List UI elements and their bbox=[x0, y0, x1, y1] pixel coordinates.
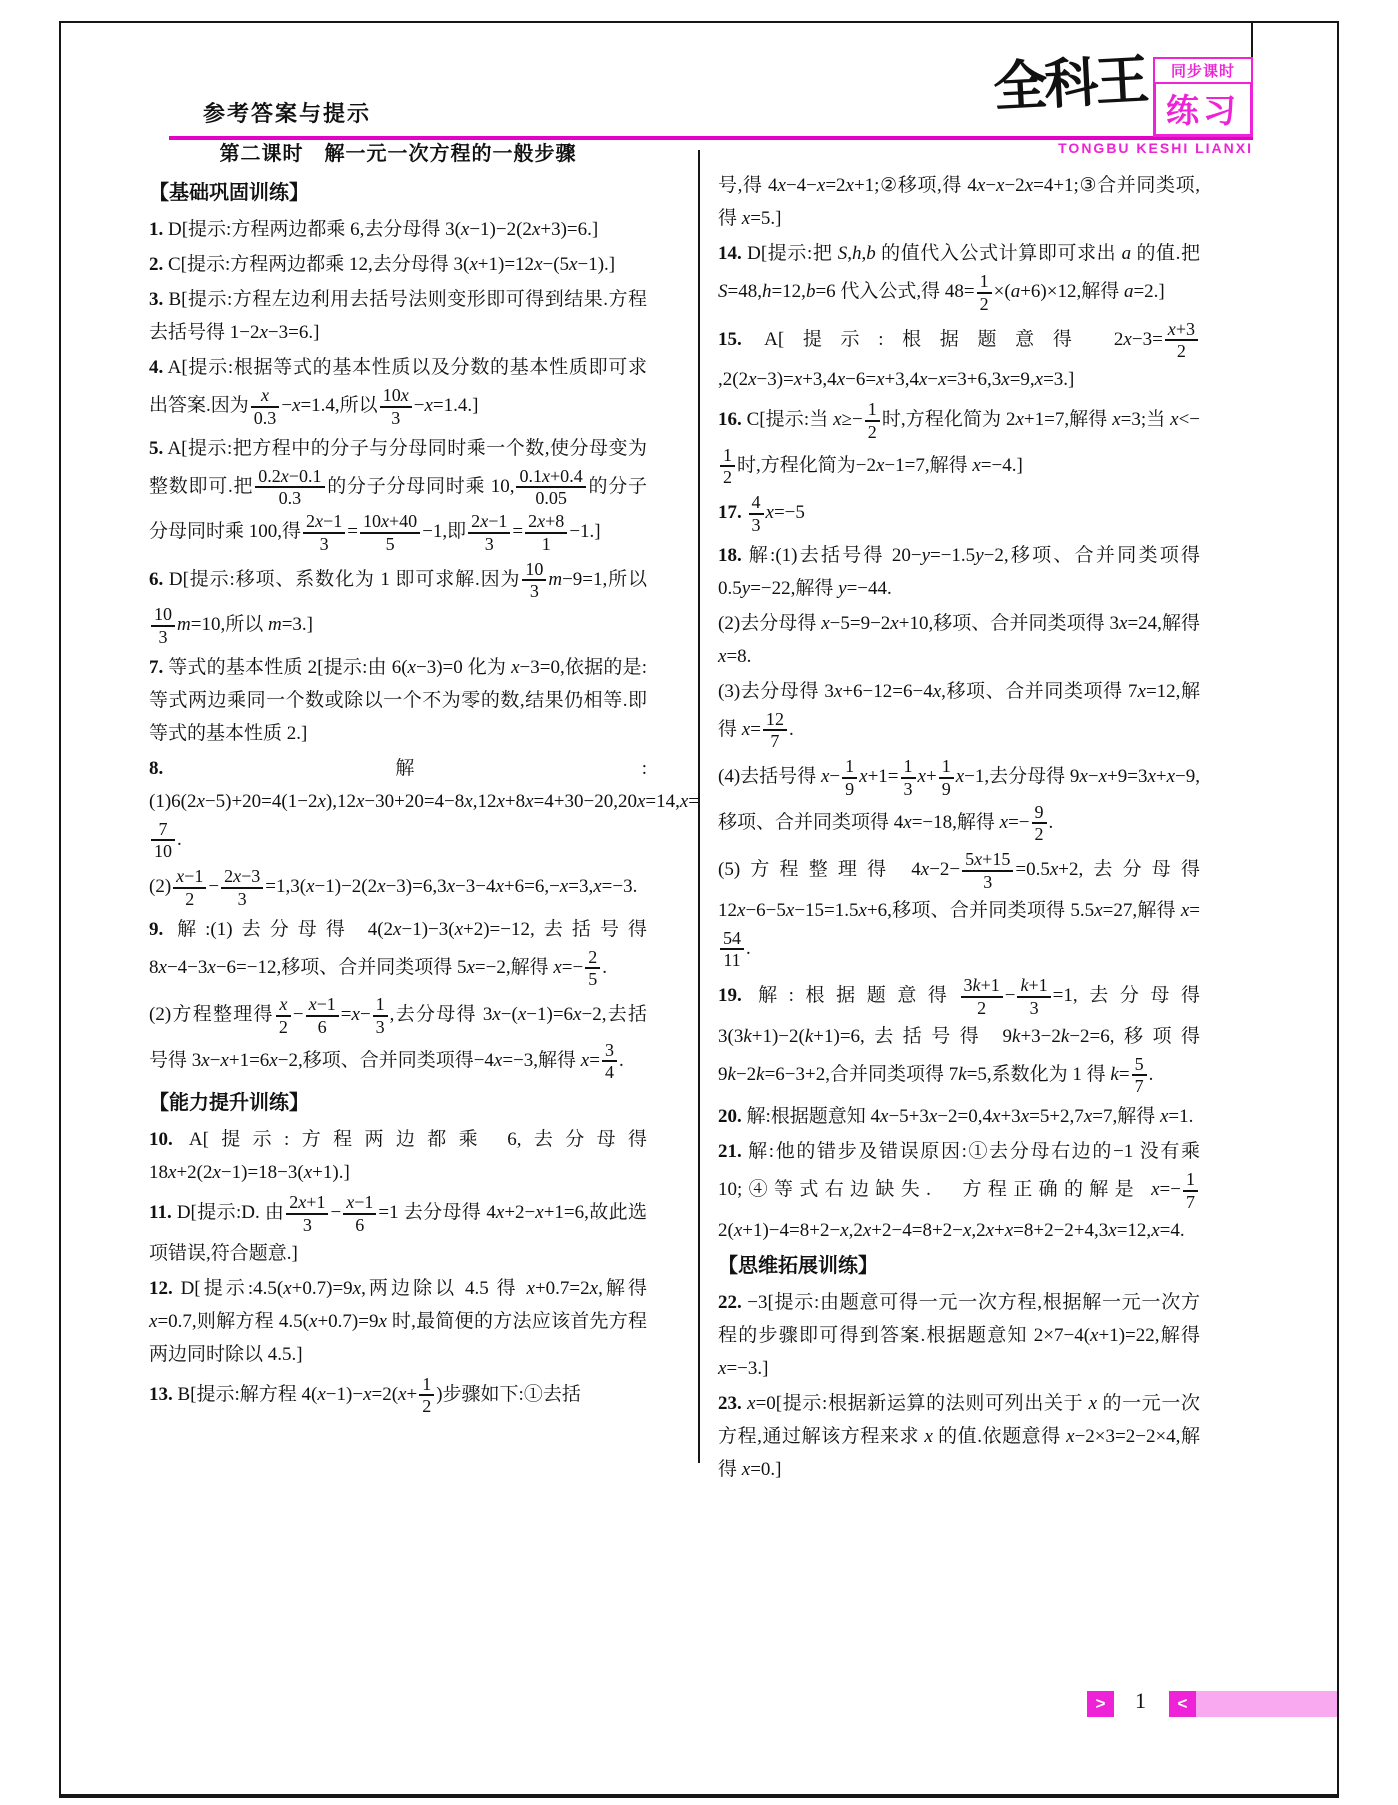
answer-item: (3)去分母得 3x+6−12=6−4x,移项、合并同类项得 7x=12,解得 … bbox=[718, 675, 1200, 754]
answer-item: (2)方程整理得x2−x−16=x−13,去分母得 3x−(x−1)=6x−2,… bbox=[149, 993, 647, 1084]
item-text: (2)方程整理得x2−x−16=x−13,去分母得 3x−(x−1)=6x−2,… bbox=[149, 1004, 647, 1071]
fraction: 25 bbox=[585, 947, 600, 991]
logo-subtitle: TONGBU KESHI LIANXI bbox=[937, 140, 1253, 156]
fraction: 2x+13 bbox=[286, 1192, 328, 1236]
item-number: 7. bbox=[149, 657, 163, 678]
item-number: 19. bbox=[718, 985, 742, 1006]
answer-item: 6. D[提示:移项、系数化为 1 即可求解.因为103m−9=1,所以103m… bbox=[149, 558, 647, 649]
answer-item: 5. A[提示:把方程中的分子与分母同时乘一个数,使分母变为整数即可.把0.2x… bbox=[149, 432, 647, 556]
item-text: x=0[提示:根据新运算的法则可列出关于 x 的一元一次方程,通过解该方程来求 … bbox=[718, 1393, 1200, 1480]
left-blocks: 【基础巩固训练】1. D[提示:方程两边都乘 6,去分母得 3(x−1)−2(2… bbox=[149, 177, 647, 1418]
item-text: D[提示:移项、系数化为 1 即可求解.因为103m−9=1,所以103m=10… bbox=[149, 569, 647, 636]
lesson-title: 第二课时 解一元一次方程的一般步骤 bbox=[149, 139, 647, 169]
item-number: 8. bbox=[149, 758, 163, 779]
fraction: 12 bbox=[419, 1374, 434, 1418]
footer-accent-bar bbox=[1196, 1691, 1337, 1717]
fraction: 12 bbox=[977, 271, 992, 315]
item-text: A[提示:根据等式的基本性质以及分数的基本性质即可求出答案.因为x0.3−x=1… bbox=[149, 357, 647, 416]
answer-item: 21. 解:他的错步及错误原因:①去分母右边的−1 没有乘 10;④等式右边缺失… bbox=[718, 1135, 1200, 1247]
item-number: 6. bbox=[149, 569, 163, 590]
item-number: 17. bbox=[718, 502, 742, 523]
item-text: (4)去括号得 x−19x+1=13x+19x−1,去分母得 9x−x+9=3x… bbox=[718, 766, 1200, 833]
item-number: 1. bbox=[149, 219, 163, 240]
fraction: x−16 bbox=[343, 1192, 376, 1236]
section-heading: 【思维拓展训练】 bbox=[718, 1250, 1200, 1283]
answer-item: 9. 解:(1)去分母得 4(2x−1)−3(x+2)=−12,去括号得 8x−… bbox=[149, 913, 647, 992]
section-heading: 【基础巩固训练】 bbox=[149, 177, 647, 210]
item-text: A[提示:把方程中的分子与分母同时乘一个数,使分母变为整数即可.把0.2x−0.… bbox=[149, 438, 647, 543]
fraction: x0.3 bbox=[251, 385, 280, 429]
logo-badge: 同步课时 练习 bbox=[1153, 57, 1253, 137]
item-text: 43x=−5 bbox=[747, 502, 805, 523]
fraction: 12 bbox=[720, 445, 735, 489]
answer-item: 19. 解:根据题意得3k+12−k+13=1,去分母得 3(3k+1)−2(k… bbox=[718, 974, 1200, 1098]
answer-item: 14. D[提示:把 S,h,b 的值代入公式计算即可求出 a 的值.把 S=4… bbox=[718, 237, 1200, 316]
item-text: B[提示:方程左边利用去括号法则变形即可得到结果.方程去括号得 1−2x−3=6… bbox=[149, 289, 647, 343]
page-title: 参考答案与提示 bbox=[203, 97, 371, 128]
fraction: 2x+81 bbox=[525, 511, 567, 555]
item-number: 20. bbox=[718, 1106, 742, 1127]
item-text: 【基础巩固训练】 bbox=[149, 182, 309, 204]
item-text: B[提示:解方程 4(x−1)−x=2(x+12)步骤如下:①去括 bbox=[178, 1384, 581, 1405]
item-text: 解:(1)去括号得 20−y=−1.5y−2,移项、合并同类项得 0.5y=−2… bbox=[718, 545, 1200, 599]
item-text: A[提示:根据题意得 2x−3=x+32,2(2x−3)=x+3,4x−6=x+… bbox=[718, 329, 1200, 390]
item-text: 号,得 4x−4−x=2x+1;②移项,得 4x−x−2x=4+1;③合并同类项… bbox=[718, 175, 1200, 229]
fraction: 19 bbox=[939, 756, 954, 800]
page-frame: 参考答案与提示 全科王 同步课时 练习 TONGBU KESHI LIANXI … bbox=[59, 21, 1339, 1798]
next-page-button[interactable]: > bbox=[1087, 1691, 1114, 1717]
answer-item: 号,得 4x−4−x=2x+1;②移项,得 4x−x−2x=4+1;③合并同类项… bbox=[718, 169, 1200, 235]
fraction: 5x+153 bbox=[962, 849, 1013, 893]
fraction: x2 bbox=[276, 994, 291, 1038]
answer-item: 3. B[提示:方程左边利用去括号法则变形即可得到结果.方程去括号得 1−2x−… bbox=[149, 283, 647, 349]
answer-item: 23. x=0[提示:根据新运算的法则可列出关于 x 的一元一次方程,通过解该方… bbox=[718, 1387, 1200, 1486]
item-text: (5)方程整理得 4x−2−5x+153=0.5x+2,去分母得 12x−6−5… bbox=[718, 859, 1200, 959]
page-number: 1 bbox=[1112, 1688, 1169, 1714]
brand-logo: 全科王 同步课时 练习 TONGBU KESHI LIANXI bbox=[937, 57, 1253, 156]
item-number: 9. bbox=[149, 919, 163, 940]
item-text: (2)x−12−2x−33=1,3(x−1)−2(2x−3)=6,3x−3−4x… bbox=[149, 876, 637, 897]
item-text: D[提示:4.5(x+0.7)=9x,两边除以 4.5 得 x+0.7=2x,解… bbox=[149, 1278, 647, 1365]
item-text: C[提示:方程两边都乘 12,去分母得 3(x+1)=12x−(5x−1).] bbox=[168, 254, 615, 275]
fraction: 3k+12 bbox=[961, 975, 1003, 1019]
fraction: 57 bbox=[1132, 1054, 1147, 1098]
fraction: 103 bbox=[522, 559, 546, 603]
answer-item: 4. A[提示:根据等式的基本性质以及分数的基本性质即可求出答案.因为x0.3−… bbox=[149, 351, 647, 430]
item-number: 14. bbox=[718, 243, 742, 264]
fraction: 17 bbox=[1183, 1169, 1198, 1213]
answer-item: 13. B[提示:解方程 4(x−1)−x=2(x+12)步骤如下:①去括 bbox=[149, 1373, 647, 1419]
item-text: D[提示:方程两边都乘 6,去分母得 3(x−1)−2(2x+3)=6.] bbox=[168, 219, 598, 240]
fraction: 13 bbox=[901, 756, 916, 800]
fraction: k+13 bbox=[1017, 975, 1050, 1019]
chevron-right-icon: > bbox=[1096, 1694, 1106, 1714]
answer-item: 8. 解:(1)6(2x−5)+20=4(1−2x),12x−30+20=4−8… bbox=[149, 752, 647, 864]
answer-item: 1. D[提示:方程两边都乘 6,去分母得 3(x−1)−2(2x+3)=6.] bbox=[149, 213, 647, 246]
answer-item: 18. 解:(1)去括号得 20−y=−1.5y−2,移项、合并同类项得 0.5… bbox=[718, 539, 1200, 605]
item-number: 5. bbox=[149, 438, 163, 459]
item-text: (2)去分母得 x−5=9−2x+10,移项、合并同类项得 3x=24,解得 x… bbox=[718, 613, 1200, 667]
item-number: 10. bbox=[149, 1129, 173, 1150]
item-text: D[提示:把 S,h,b 的值代入公式计算即可求出 a 的值.把 S=48,h=… bbox=[718, 243, 1200, 302]
answer-item: 17. 43x=−5 bbox=[718, 491, 1200, 537]
item-number: 21. bbox=[718, 1141, 742, 1162]
fraction: 19 bbox=[842, 756, 857, 800]
item-text: 【思维拓展训练】 bbox=[718, 1255, 878, 1277]
item-text: 等式的基本性质 2[提示:由 6(x−3)=0 化为 x−3=0,依据的是:等式… bbox=[149, 657, 647, 744]
item-number: 22. bbox=[718, 1292, 742, 1313]
item-number: 11. bbox=[149, 1202, 172, 1223]
fraction: 2x−13 bbox=[303, 511, 345, 555]
fraction: 13 bbox=[373, 994, 388, 1038]
answers-right-column: 号,得 4x−4−x=2x+1;②移项,得 4x−x−2x=4+1;③合并同类项… bbox=[718, 169, 1200, 1488]
logo-badge-main: 练习 bbox=[1153, 84, 1253, 137]
prev-page-button[interactable]: < bbox=[1169, 1691, 1196, 1717]
fraction: 710 bbox=[151, 819, 175, 863]
item-text: −3[提示:由题意可得一元一次方程,根据解一元一次方程的步骤即可得到答案.根据题… bbox=[718, 1292, 1200, 1379]
answer-item: 12. D[提示:4.5(x+0.7)=9x,两边除以 4.5 得 x+0.7=… bbox=[149, 1272, 647, 1371]
answer-item: 15. A[提示:根据题意得 2x−3=x+32,2(2x−3)=x+3,4x−… bbox=[718, 318, 1200, 397]
answer-item: (2)去分母得 x−5=9−2x+10,移项、合并同类项得 3x=24,解得 x… bbox=[718, 607, 1200, 673]
answer-item: 16. C[提示:当 x≥−12时,方程化简为 2x+1=7,解得 x=3;当 … bbox=[718, 398, 1200, 489]
fraction: 12 bbox=[865, 399, 880, 443]
item-text: 解:他的错步及错误原因:①去分母右边的−1 没有乘 10;④等式右边缺失. 方程… bbox=[718, 1141, 1219, 1241]
item-text: 解:(1)去分母得 4(2x−1)−3(x+2)=−12,去括号得 8x−4−3… bbox=[149, 919, 647, 978]
answer-item: 20. 解:根据题意知 4x−5+3x−2=0,4x+3x=5+2,7x=7,解… bbox=[718, 1100, 1200, 1133]
fraction: 10x3 bbox=[380, 385, 412, 429]
item-number: 23. bbox=[718, 1393, 742, 1414]
fraction: x−16 bbox=[306, 994, 339, 1038]
item-text: C[提示:当 x≥−12时,方程化简为 2x+1=7,解得 x=3;当 x<−1… bbox=[718, 409, 1200, 476]
item-number: 2. bbox=[149, 254, 163, 275]
answers-left-column: 第二课时 解一元一次方程的一般步骤 【基础巩固训练】1. D[提示:方程两边都乘… bbox=[149, 139, 647, 1420]
item-text: A[提示:方程两边都乘 6,去分母得 18x+2(2x−1)=18−3(x+1)… bbox=[149, 1129, 647, 1183]
answer-item: 22. −3[提示:由题意可得一元一次方程,根据解一元一次方程的步骤即可得到答案… bbox=[718, 1286, 1200, 1385]
fraction: 127 bbox=[763, 709, 787, 753]
item-text: 解:根据题意知 4x−5+3x−2=0,4x+3x=5+2,7x=7,解得 x=… bbox=[747, 1106, 1194, 1127]
fraction: 5411 bbox=[720, 928, 744, 972]
item-number: 15. bbox=[718, 329, 742, 350]
answer-item: 11. D[提示:D. 由2x+13−x−16=1 去分母得 4x+2−x+1=… bbox=[149, 1191, 647, 1270]
chevron-left-icon: < bbox=[1178, 1694, 1188, 1714]
answer-item: (2)x−12−2x−33=1,3(x−1)−2(2x−3)=6,3x−3−4x… bbox=[149, 865, 647, 911]
answer-item: (4)去括号得 x−19x+1=13x+19x−1,去分母得 9x−x+9=3x… bbox=[718, 755, 1200, 846]
fraction: 0.2x−0.10.3 bbox=[255, 466, 324, 510]
fraction: x−12 bbox=[173, 866, 206, 910]
fraction: 103 bbox=[151, 604, 175, 648]
item-text: D[提示:D. 由2x+13−x−16=1 去分母得 4x+2−x+1=6,故此… bbox=[149, 1202, 647, 1263]
brand-name: 全科王 bbox=[992, 53, 1149, 141]
logo-row: 全科王 同步课时 练习 bbox=[937, 57, 1253, 137]
item-number: 18. bbox=[718, 545, 742, 566]
fraction: 92 bbox=[1032, 802, 1047, 846]
item-text: 解:根据题意得3k+12−k+13=1,去分母得 3(3k+1)−2(k+1)=… bbox=[718, 985, 1200, 1085]
fraction: 0.1x+0.40.05 bbox=[516, 466, 585, 510]
answer-item: 7. 等式的基本性质 2[提示:由 6(x−3)=0 化为 x−3=0,依据的是… bbox=[149, 651, 647, 750]
item-number: 4. bbox=[149, 357, 163, 378]
fraction: 10x+405 bbox=[360, 511, 420, 555]
fraction: x+32 bbox=[1165, 319, 1198, 363]
logo-badge-top: 同步课时 bbox=[1153, 57, 1253, 84]
item-number: 12. bbox=[149, 1278, 173, 1299]
fraction: 43 bbox=[749, 492, 764, 536]
item-number: 16. bbox=[718, 409, 742, 430]
fraction: 2x−33 bbox=[221, 866, 263, 910]
section-heading: 【能力提升训练】 bbox=[149, 1087, 647, 1120]
answer-item: 2. C[提示:方程两边都乘 12,去分母得 3(x+1)=12x−(5x−1)… bbox=[149, 248, 647, 281]
item-text: 【能力提升训练】 bbox=[149, 1092, 309, 1114]
item-number: 3. bbox=[149, 289, 163, 310]
item-text: (3)去分母得 3x+6−12=6−4x,移项、合并同类项得 7x=12,解得 … bbox=[718, 681, 1200, 740]
answer-item: (5)方程整理得 4x−2−5x+153=0.5x+2,去分母得 12x−6−5… bbox=[718, 848, 1200, 972]
item-number: 13. bbox=[149, 1384, 173, 1405]
fraction: 2x−13 bbox=[468, 511, 510, 555]
item-text: 解:(1)6(2x−5)+20=4(1−2x),12x−30+20=4−8x,1… bbox=[149, 758, 699, 850]
answer-item: 10. A[提示:方程两边都乘 6,去分母得 18x+2(2x−1)=18−3(… bbox=[149, 1123, 647, 1189]
fraction: 34 bbox=[602, 1040, 617, 1084]
